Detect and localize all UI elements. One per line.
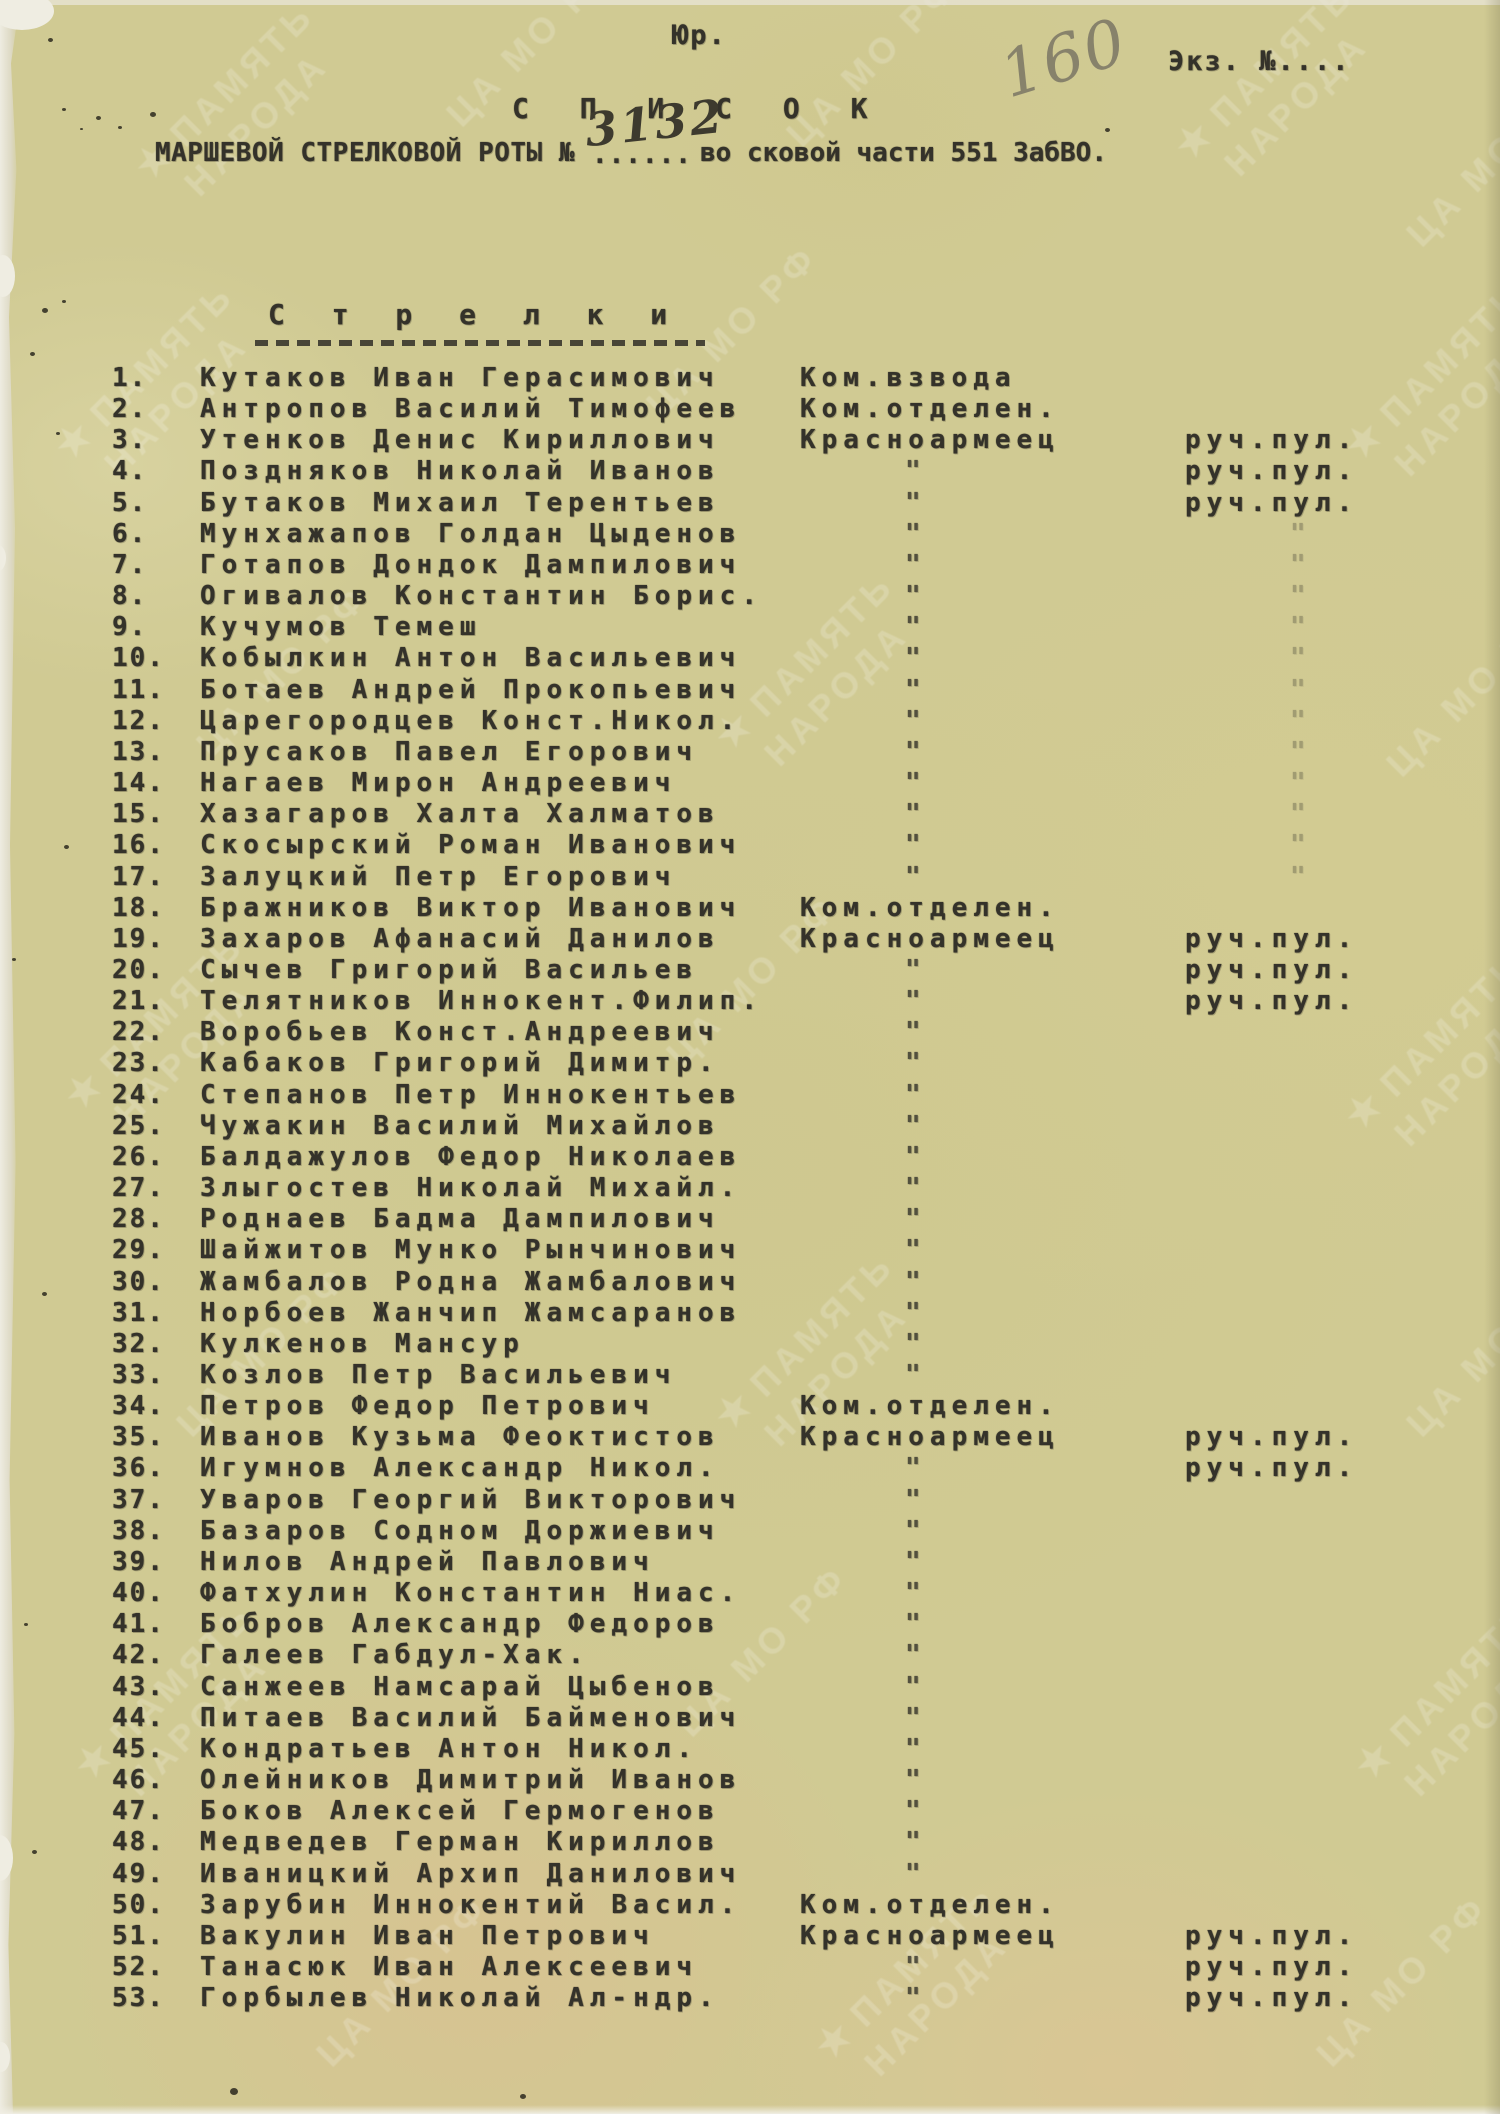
roster-row: 30.Жамбалов Родна Жамбалович" (0, 1267, 1500, 1298)
row-position: Красноармеец (800, 425, 1060, 455)
paper-edge-top (0, 0, 1500, 5)
row-weapon: руч.пул. (1185, 924, 1358, 954)
row-weapon: " (1290, 768, 1312, 798)
row-num: 30. (112, 1267, 165, 1297)
row-weapon: руч.пул. (1185, 986, 1358, 1016)
row-position: " (905, 986, 927, 1016)
paper-speck (56, 432, 60, 435)
paper-speck (12, 958, 16, 961)
subtitle-prefix: МАРШЕВОЙ СТРЕЛКОВОЙ РОТЫ № (155, 138, 575, 168)
row-weapon: " (1290, 643, 1312, 673)
row-position: " (905, 643, 927, 673)
row-name: Царегородцев Конст.Никол. (200, 706, 741, 736)
row-num: 2. (112, 394, 147, 424)
watermark-pamyat-naroda: ★ПАМЯТЬНАРОДА (1162, 0, 1394, 202)
paper-edge-bottom (0, 2105, 1500, 2114)
row-weapon: " (1290, 830, 1312, 860)
row-weapon: руч.пул. (1185, 1983, 1358, 2013)
row-num: 53. (112, 1983, 165, 2013)
row-position: " (905, 1235, 927, 1265)
row-name: Поздняков Николай Иванов (200, 456, 720, 486)
section-title: С т р е л к и (268, 298, 682, 331)
row-name: Кондратьев Антон Никол. (200, 1734, 698, 1764)
row-name: Боков Алексей Гермогенов (200, 1796, 720, 1826)
row-position: " (905, 1204, 927, 1234)
row-num: 15. (112, 799, 165, 829)
paper-speck (62, 300, 66, 303)
row-name: Олейников Димитрий Иванов (200, 1765, 741, 1795)
row-name: Нагаев Мирон Андреевич (200, 768, 676, 798)
row-position: " (905, 1765, 927, 1795)
roster-row: 3.Утенков Денис КирилловичКрасноармеецру… (0, 425, 1500, 456)
row-name: Бражников Виктор Иванович (200, 893, 741, 923)
row-position: " (905, 1298, 927, 1328)
row-num: 26. (112, 1142, 165, 1172)
row-position: " (905, 1672, 927, 1702)
row-position: " (905, 1111, 927, 1141)
roster-row: 26.Балдажулов Федор Николаев" (0, 1142, 1500, 1173)
row-name: Залуцкий Петр Егорович (200, 862, 676, 892)
roster-row: 47.Боков Алексей Гермогенов" (0, 1796, 1500, 1827)
roster-row: 48.Медведев Герман Кириллов" (0, 1827, 1500, 1858)
paper-speck (80, 128, 83, 130)
row-num: 1. (112, 363, 147, 393)
roster-row: 8.Огивалов Константин Борис."" (0, 581, 1500, 612)
roster-row: 49.Иваницкий Архип Данилович" (0, 1859, 1500, 1890)
paper-speck (1105, 128, 1110, 132)
row-num: 11. (112, 675, 165, 705)
subtitle-dots: ...... (592, 140, 692, 170)
row-position: Ком.отделен. (800, 394, 1060, 424)
row-name: Санжеев Намсарай Цыбенов (200, 1672, 720, 1702)
row-position: " (905, 519, 927, 549)
row-name: Игумнов Александр Никол. (200, 1453, 720, 1483)
row-num: 50. (112, 1890, 165, 1920)
row-position: " (905, 456, 927, 486)
row-num: 7. (112, 550, 147, 580)
row-position: " (905, 1329, 927, 1359)
roster-row: 1.Кутаков Иван ГерасимовичКом.взвода (0, 363, 1500, 394)
row-num: 46. (112, 1765, 165, 1795)
row-num: 35. (112, 1422, 165, 1452)
row-position: " (905, 1173, 927, 1203)
row-name: Козлов Петр Васильевич (200, 1360, 676, 1390)
roster-row: 11.Ботаев Андрей Прокопьевич"" (0, 675, 1500, 706)
row-weapon: руч.пул. (1185, 456, 1358, 486)
row-name: Телятников Иннокент.Филип. (200, 986, 763, 1016)
row-name: Антропов Василий Тимофеев (200, 394, 741, 424)
row-name: Медведев Герман Кириллов (200, 1827, 720, 1857)
roster-row: 23.Кабаков Григорий Димитр." (0, 1048, 1500, 1079)
row-weapon: руч.пул. (1185, 1422, 1358, 1452)
row-num: 48. (112, 1827, 165, 1857)
row-num: 5. (112, 488, 147, 518)
row-weapon: руч.пул. (1185, 955, 1358, 985)
roster-row: 50.Зарубин Иннокентий Васил.Ком.отделен. (0, 1890, 1500, 1921)
roster-row: 27.Злыгостев Николай Михайл." (0, 1173, 1500, 1204)
row-num: 41. (112, 1609, 165, 1639)
roster-row: 35.Иванов Кузьма ФеоктистовКрасноармеецр… (0, 1422, 1500, 1453)
roster-row: 18.Бражников Виктор ИвановичКом.отделен. (0, 893, 1500, 924)
roster-row: 28.Роднаев Бадма Дампилович" (0, 1204, 1500, 1235)
row-position: " (905, 737, 927, 767)
row-position: Красноармеец (800, 1422, 1060, 1452)
row-num: 3. (112, 425, 147, 455)
paper-speck (42, 1292, 47, 1296)
row-name: Ботаев Андрей Прокопьевич (200, 675, 741, 705)
roster-row: 34.Петров Федор ПетровичКом.отделен. (0, 1391, 1500, 1422)
paper-speck (24, 1623, 28, 1626)
row-name: Галеев Габдул-Хак. (200, 1640, 590, 1670)
row-name: Зарубин Иннокентий Васил. (200, 1890, 741, 1920)
row-num: 38. (112, 1516, 165, 1546)
row-position: " (905, 1485, 927, 1515)
row-name: Огивалов Константин Борис. (200, 581, 763, 611)
row-name: Кутаков Иван Герасимович (200, 363, 720, 393)
row-position: " (905, 862, 927, 892)
paper-speck (230, 2088, 238, 2095)
roster-row: 33.Козлов Петр Васильевич" (0, 1360, 1500, 1391)
row-name: Балдажулов Федор Николаев (200, 1142, 741, 1172)
row-name: Воробьев Конст.Андреевич (200, 1017, 720, 1047)
roster-row: 37.Уваров Георгий Викторович" (0, 1485, 1500, 1516)
roster-row: 44.Питаев Василий Байменович" (0, 1703, 1500, 1734)
copy-number-label: Экз. №.... (1168, 46, 1351, 77)
row-num: 8. (112, 581, 147, 611)
row-position: " (905, 1609, 927, 1639)
row-num: 27. (112, 1173, 165, 1203)
watermark-tsamo: ЦА МО РФ (778, 0, 966, 155)
row-num: 13. (112, 737, 165, 767)
roster-row: 14.Нагаев Мирон Андреевич"" (0, 768, 1500, 799)
row-num: 31. (112, 1298, 165, 1328)
row-position: " (905, 1360, 927, 1390)
row-position: " (905, 488, 927, 518)
paper-speck (62, 108, 66, 111)
row-num: 32. (112, 1329, 165, 1359)
row-num: 52. (112, 1952, 165, 1982)
row-name: Кобылкин Антон Васильевич (200, 643, 741, 673)
row-num: 24. (112, 1080, 165, 1110)
paper-edge-right (1484, 0, 1500, 2114)
row-position: Ком.отделен. (800, 893, 1060, 923)
roster-row: 22.Воробьев Конст.Андреевич" (0, 1017, 1500, 1048)
row-num: 16. (112, 830, 165, 860)
row-name: Базаров Содном Доржиевич (200, 1516, 720, 1546)
row-position: " (905, 1048, 927, 1078)
row-name: Захаров Афанасий Данилов (200, 924, 720, 954)
paper-speck (64, 845, 69, 849)
row-name: Вакулин Иван Петрович (200, 1921, 655, 1951)
subtitle-suffix: во сковой части 551 ЗабВО. (700, 138, 1107, 168)
row-position: " (905, 550, 927, 580)
row-name: Утенков Денис Кириллович (200, 425, 720, 455)
roster-row: 32.Кулкенов Мансур" (0, 1329, 1500, 1360)
row-num: 39. (112, 1547, 165, 1577)
row-num: 10. (112, 643, 165, 673)
row-name: Чужакин Василий Михайлов (200, 1111, 720, 1141)
row-weapon: " (1290, 737, 1312, 767)
row-weapon: руч.пул. (1185, 1921, 1358, 1951)
paper-speck (118, 126, 122, 129)
roster-row: 40.Фатхулин Константин Ниас." (0, 1578, 1500, 1609)
row-name: Фатхулин Константин Ниас. (200, 1578, 741, 1608)
row-num: 23. (112, 1048, 165, 1078)
document-scan: ★ПАМЯТЬНАРОДАЦА МО РФЦА МО РФ★ПАМЯТЬНАРО… (0, 0, 1500, 2114)
roster-row: 13.Прусаков Павел Егорович"" (0, 737, 1500, 768)
row-position: " (905, 955, 927, 985)
row-weapon: " (1290, 706, 1312, 736)
row-weapon: руч.пул. (1185, 1952, 1358, 1982)
row-num: 14. (112, 768, 165, 798)
roster-row: 52.Танасюк Иван Алексеевич"руч.пул. (0, 1952, 1500, 1983)
roster-list: 1.Кутаков Иван ГерасимовичКом.взвода2.Ан… (0, 363, 1500, 2014)
paper-speck (48, 38, 53, 42)
row-name: Нилов Андрей Павлович (200, 1547, 655, 1577)
row-num: 4. (112, 456, 147, 486)
section-underline (255, 340, 705, 346)
roster-row: 42.Галеев Габдул-Хак." (0, 1640, 1500, 1671)
roster-row: 5.Бутаков Михаил Терентьев"руч.пул. (0, 488, 1500, 519)
row-position: " (905, 830, 927, 860)
row-weapon: " (1290, 612, 1312, 642)
roster-row: 41.Бобров Александр Федоров" (0, 1609, 1500, 1640)
roster-row: 38.Базаров Содном Доржиевич" (0, 1516, 1500, 1547)
roster-row: 29.Шайжитов Мунко Рынчинович" (0, 1235, 1500, 1266)
row-num: 34. (112, 1391, 165, 1421)
row-num: 25. (112, 1111, 165, 1141)
row-num: 36. (112, 1453, 165, 1483)
row-name: Бобров Александр Федоров (200, 1609, 720, 1639)
row-num: 21. (112, 986, 165, 1016)
row-position: Ком.взвода (800, 363, 1017, 393)
roster-row: 12.Царегородцев Конст.Никол."" (0, 706, 1500, 737)
row-position: " (905, 1703, 927, 1733)
roster-row: 2.Антропов Василий ТимофеевКом.отделен. (0, 394, 1500, 425)
row-num: 40. (112, 1578, 165, 1608)
row-position: " (905, 1267, 927, 1297)
row-position: " (905, 1080, 927, 1110)
row-name: Петров Федор Петрович (200, 1391, 655, 1421)
row-name: Хазагаров Халта Халматов (200, 799, 720, 829)
roster-row: 16.Скосырский Роман Иванович"" (0, 830, 1500, 861)
row-name: Скосырский Роман Иванович (200, 830, 741, 860)
row-num: 20. (112, 955, 165, 985)
row-position: Ком.отделен. (800, 1391, 1060, 1421)
roster-row: 7.Готапов Дондок Дампилович"" (0, 550, 1500, 581)
row-position: " (905, 1017, 927, 1047)
row-num: 19. (112, 924, 165, 954)
row-name: Степанов Петр Иннокентьев (200, 1080, 741, 1110)
roster-row: 10.Кобылкин Антон Васильевич"" (0, 643, 1500, 674)
row-num: 51. (112, 1921, 165, 1951)
roster-row: 4.Поздняков Николай Иванов"руч.пул. (0, 456, 1500, 487)
roster-row: 25.Чужакин Василий Михайлов" (0, 1111, 1500, 1142)
row-name: Кулкенов Мансур (200, 1329, 525, 1359)
row-num: 9. (112, 612, 147, 642)
row-num: 12. (112, 706, 165, 736)
roster-row: 53.Горбылев Николай Ал-ндр."руч.пул. (0, 1983, 1500, 2014)
row-weapon: " (1290, 550, 1312, 580)
paper-speck (520, 2094, 526, 2099)
roster-row: 17.Залуцкий Петр Егорович"" (0, 862, 1500, 893)
row-position: " (905, 1640, 927, 1670)
row-position: " (905, 1952, 927, 1982)
row-position: " (905, 706, 927, 736)
row-position: " (905, 1796, 927, 1826)
star-icon: ★ (802, 2005, 869, 2072)
row-num: 47. (112, 1796, 165, 1826)
row-num: 43. (112, 1672, 165, 1702)
row-name: Норбоев Жанчип Жамсаранов (200, 1298, 741, 1328)
row-num: 42. (112, 1640, 165, 1670)
roster-row: 6.Мунхажапов Голдан Цыденов"" (0, 519, 1500, 550)
row-name: Иванов Кузьма Феоктистов (200, 1422, 720, 1452)
row-name: Кабаков Григорий Димитр. (200, 1048, 720, 1078)
row-name: Уваров Георгий Викторович (200, 1485, 741, 1515)
roster-row: 43.Санжеев Намсарай Цыбенов" (0, 1672, 1500, 1703)
row-position: " (905, 1142, 927, 1172)
row-name: Иваницкий Архип Данилович (200, 1859, 741, 1889)
star-icon: ★ (1162, 105, 1229, 172)
roster-row: 31.Норбоев Жанчип Жамсаранов" (0, 1298, 1500, 1329)
row-weapon: " (1290, 581, 1312, 611)
row-weapon: " (1290, 799, 1312, 829)
row-position: " (905, 581, 927, 611)
row-num: 6. (112, 519, 147, 549)
row-name: Питаев Василий Байменович (200, 1703, 741, 1733)
roster-row: 45.Кондратьев Антон Никол." (0, 1734, 1500, 1765)
row-num: 17. (112, 862, 165, 892)
row-num: 37. (112, 1485, 165, 1515)
row-num: 18. (112, 893, 165, 923)
row-name: Кучумов Темеш (200, 612, 482, 642)
roster-row: 24.Степанов Петр Иннокентьев" (0, 1080, 1500, 1111)
row-name: Злыгостев Николай Михайл. (200, 1173, 741, 1203)
row-num: 33. (112, 1360, 165, 1390)
row-weapon: руч.пул. (1185, 425, 1358, 455)
roster-row: 20.Сычев Григорий Васильев"руч.пул. (0, 955, 1500, 986)
paper-speck (42, 308, 48, 313)
row-name: Сычев Григорий Васильев (200, 955, 698, 985)
roster-row: 15.Хазагаров Халта Халматов"" (0, 799, 1500, 830)
row-name: Танасюк Иван Алексеевич (200, 1952, 698, 1982)
row-position: " (905, 1859, 927, 1889)
roster-row: 19.Захаров Афанасий ДаниловКрасноармеецр… (0, 924, 1500, 955)
row-position: " (905, 1547, 927, 1577)
row-position: " (905, 799, 927, 829)
roster-row: 36.Игумнов Александр Никол."руч.пул. (0, 1453, 1500, 1484)
row-position: Красноармеец (800, 1921, 1060, 1951)
row-position: " (905, 1983, 927, 2013)
roster-row: 21.Телятников Иннокент.Филип."руч.пул. (0, 986, 1500, 1017)
paper-blob (0, 255, 15, 297)
roster-row: 51.Вакулин Иван ПетровичКрасноармеецруч.… (0, 1921, 1500, 1952)
row-position: Ком.отделен. (800, 1890, 1060, 1920)
row-position: " (905, 612, 927, 642)
row-position: " (905, 1516, 927, 1546)
row-name: Жамбалов Родна Жамбалович (200, 1267, 741, 1297)
handwritten-page-number: 160 (992, 5, 1136, 113)
row-position: " (905, 675, 927, 705)
roster-row: 46.Олейников Димитрий Иванов" (0, 1765, 1500, 1796)
row-position: Красноармеец (800, 924, 1060, 954)
row-name: Бутаков Михаил Терентьев (200, 488, 720, 518)
row-name: Прусаков Павел Егорович (200, 737, 698, 767)
row-name: Горбылев Николай Ал-ндр. (200, 1983, 720, 2013)
paper-speck (32, 1850, 37, 1854)
row-position: " (905, 1827, 927, 1857)
row-position: " (905, 1734, 927, 1764)
paper-speck (30, 352, 35, 356)
row-num: 28. (112, 1204, 165, 1234)
row-weapon: " (1290, 675, 1312, 705)
row-position: " (905, 1453, 927, 1483)
row-weapon: " (1290, 862, 1312, 892)
row-num: 45. (112, 1734, 165, 1764)
row-num: 44. (112, 1703, 165, 1733)
row-weapon: " (1290, 519, 1312, 549)
row-num: 29. (112, 1235, 165, 1265)
row-num: 22. (112, 1017, 165, 1047)
row-name: Мунхажапов Голдан Цыденов (200, 519, 741, 549)
corner-mark: Юр. (672, 20, 727, 51)
row-name: Роднаев Бадма Дампилович (200, 1204, 720, 1234)
row-num: 49. (112, 1859, 165, 1889)
row-weapon: руч.пул. (1185, 488, 1358, 518)
row-name: Шайжитов Мунко Рынчинович (200, 1235, 741, 1265)
row-weapon: руч.пул. (1185, 1453, 1358, 1483)
paper-blob (0, 0, 54, 30)
roster-row: 39.Нилов Андрей Павлович" (0, 1547, 1500, 1578)
row-position: " (905, 1578, 927, 1608)
watermark-pamyat-naroda: ★ПАМЯТЬНАРОДА (122, 0, 354, 222)
row-name: Готапов Дондок Дампилович (200, 550, 741, 580)
row-position: " (905, 768, 927, 798)
roster-row: 9.Кучумов Темеш"" (0, 612, 1500, 643)
paper-speck (150, 112, 156, 117)
paper-speck (96, 116, 101, 120)
